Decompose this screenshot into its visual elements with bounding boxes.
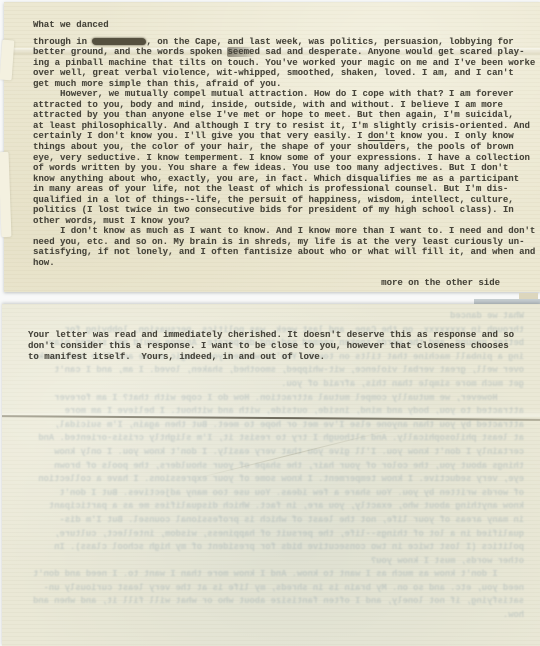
typed-line: don't consider this a response. I want t… (28, 341, 528, 352)
page-one: What we dancedthrough in , on the Cape, … (4, 2, 540, 292)
closing-note: more on the other side (381, 278, 500, 288)
typed-line: need you, etc. and so on. My brain is in… (33, 237, 540, 248)
typed-line: of words written by you. You share a few… (33, 163, 540, 174)
typed-line: things about you, the color of your hair… (33, 142, 540, 153)
typed-line: over well, great verbal violence, wit-wh… (33, 68, 540, 79)
typed-text-block: What we dancedthrough in , on the Cape, … (33, 20, 540, 269)
typed-line: through in , on the Cape, and last week,… (33, 37, 540, 48)
overstruck-word: seemed (227, 47, 259, 57)
typed-line: ing a pinball machine that tilts on touc… (33, 58, 540, 69)
underlined-word: don't (368, 131, 395, 141)
typed-line: attracted to you, body and mind, inside,… (33, 100, 540, 111)
typed-line: satisfying, if not lonely, and I often f… (33, 247, 540, 258)
torn-edge-fragment (0, 152, 11, 237)
typed-line: politics (I lost twice in two consecutiv… (33, 205, 540, 216)
typed-line: know anything about who, exactly, you ar… (33, 174, 540, 185)
typed-line: eye, very seductive. I know temperment. … (33, 153, 540, 164)
typed-text-block: Your letter was read and immediately che… (28, 330, 528, 363)
page-two: What we danced through in xxxxxxxx, on t… (2, 304, 540, 646)
typed-line: Your letter was read and immediately che… (28, 330, 528, 341)
typed-line: get much more simple than this, afraid o… (33, 79, 540, 90)
typed-line: I don't know as much as I want to know. … (33, 226, 540, 237)
typed-line: attracted by you than anyone else I've m… (33, 110, 540, 121)
typed-line: other words, must I know you? (33, 216, 540, 227)
typed-line: in many areas of your life, not the leas… (33, 184, 540, 195)
letter-scan: What we dancedthrough in , on the Cape, … (0, 0, 540, 646)
typed-line: how. (33, 258, 540, 269)
redaction-mark (92, 38, 146, 45)
typed-line: qualified in a lot of things--life, the … (33, 195, 540, 206)
typed-line: certainly I don't know you. I'll give yo… (33, 131, 540, 142)
typed-line: However, we mutually compel mutual attra… (33, 89, 540, 100)
typed-line: to manifest itself. Yours, indeed, in an… (28, 352, 528, 363)
torn-edge-fragment (0, 40, 14, 81)
typed-line: better ground, and the words spoken seem… (33, 47, 540, 58)
typed-line: What we danced (33, 20, 540, 31)
typed-line: at least philosophically. And although I… (33, 121, 540, 132)
